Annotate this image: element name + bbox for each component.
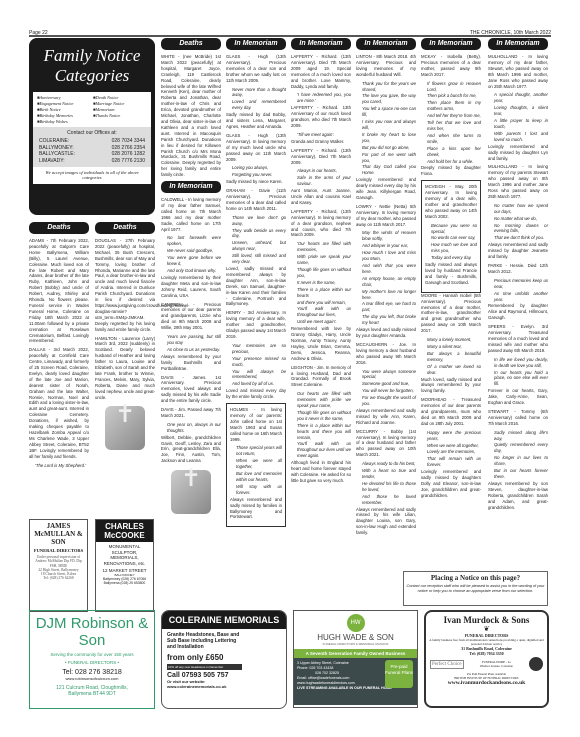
notice-text: Always remembered by your family Bushmil… xyxy=(161,354,221,372)
verse: Tell her that we love and miss her, xyxy=(421,120,481,132)
verse: For part of me went with you, xyxy=(356,152,416,164)
ad-subtitle: FUNERAL DIRECTORS xyxy=(32,548,85,553)
verse: And when she turns to smile, xyxy=(421,133,481,145)
notice-text: Always remembered and sadly missed by hi… xyxy=(356,507,416,537)
verse: Those special years will not return, xyxy=(230,445,282,457)
notice-text: Remembered by daughter Alice and Raymond… xyxy=(488,303,548,321)
verse: As time unfolds another year. xyxy=(488,291,548,303)
verse: When we were all together, xyxy=(230,458,282,470)
verse: Still loved, still missed and very dear. xyxy=(226,253,286,265)
wade-logo: HW xyxy=(347,614,365,632)
ad-text: Granite Headstones, Base and Sub Base in… xyxy=(162,629,247,653)
verse: You'll walk with us throughout our lives… xyxy=(291,441,351,459)
category-item: Anniversary xyxy=(37,95,91,100)
placing-notice-box: Placing a Notice on this page? Contact o… xyxy=(403,571,548,606)
memoriam-heading: In Memoriam xyxy=(161,181,221,193)
verse: My mother's love no longer here. xyxy=(356,289,416,301)
notice-text: Lovingly remembered by their daughter Me… xyxy=(161,275,221,299)
notice-mccaughern: MCCAUGHERN - Joe. In loving memory a dea… xyxy=(356,342,416,366)
verse: You were always someone special, xyxy=(356,369,416,381)
verse: He devoted his life to those he loved, xyxy=(356,481,416,493)
verse: Today and every day. xyxy=(425,255,477,261)
verse: That we don't think of you. xyxy=(488,235,548,241)
verse: Then pick a bunch for me, xyxy=(421,93,481,99)
notice-dallas: DALLAS - 3rd March 2022, peacefully at C… xyxy=(29,347,89,459)
verse: Will stay with us forever. xyxy=(230,484,282,496)
verse: 'Our hearts are filled with memories, xyxy=(291,241,351,253)
office-contacts: Contact our Offices at: COLERAINE:028 70… xyxy=(33,127,151,167)
verse: Though life goes on without you, xyxy=(291,267,351,279)
verse: 'The Lord is My Shepherd.' xyxy=(29,463,89,469)
verse: With pride we speak your name, xyxy=(291,254,351,266)
ad-phone: Ballymena (028) 25 653800 xyxy=(96,581,153,585)
column-5: In Memoriam LAFFERTY - Richard. (13th An… xyxy=(291,38,351,487)
verse: How much we love and miss you, xyxy=(425,242,477,254)
verse: Our hearts are filled with memories with… xyxy=(291,391,351,409)
notice-mccurry: MCCURRY - Bobby (1st Anniversary). In lo… xyxy=(356,429,416,459)
verse: And only God knows why. xyxy=(161,268,221,274)
notice-mulholland: MULHOLLAND - In loving memory of my dear… xyxy=(488,54,548,89)
category-item: Birthday Memories xyxy=(37,113,91,118)
ad-banner: A Seventh Generation Family Owned Busine… xyxy=(294,649,417,658)
verse: But always a beautiful memory, xyxy=(421,351,481,363)
notice-white: WHITE - (nee McBride) 1st March 2022 (pe… xyxy=(161,54,221,178)
verse: Sadly missed along life's way, xyxy=(488,430,548,442)
notice-mckay: MCKAY - Isobella (Betty). Precious memor… xyxy=(421,54,481,78)
perfect-choice-logo: Perfect Choice xyxy=(430,660,464,669)
notice-text: Remembered with love by Granny Gladys, H… xyxy=(291,326,351,361)
ad-price: from only £650 xyxy=(162,653,286,662)
ad-funeral-home: FUNERAL HOME - 2a Windsor Avenue, Colera… xyxy=(479,660,514,668)
verse: Precious memories keep us near, xyxy=(488,278,548,290)
flourish-icon: ❦ xyxy=(426,625,547,633)
category-item: Birth Notice xyxy=(37,107,91,112)
verse: It never is the same, xyxy=(291,280,351,286)
ad-title: HUGH WADE & SON xyxy=(294,633,417,642)
ad-coleraine-memorials: COLERAINE MEMORIALS Granite Headstones, … xyxy=(161,610,287,709)
notice-text: Lovingly remembered and sadly missed by … xyxy=(488,144,548,162)
verse: And whisper in your ear, xyxy=(356,243,416,249)
verse: No morning dawns or evening falls, xyxy=(488,223,548,235)
notice-text: Aunt Marion, Aunt Joanne, Uncle Allan an… xyxy=(291,188,351,206)
category-item: Birthday Wishes xyxy=(37,119,91,124)
notice-text: Always loved and sadly missed by your da… xyxy=(356,327,416,339)
bible-icon xyxy=(105,406,145,450)
verse: And wish that you were here. xyxy=(356,263,416,275)
notice-moore: MOORE - Hannah Isobel (5th Anniversary).… xyxy=(421,293,481,334)
deaths-heading: Deaths xyxy=(95,222,155,234)
ad-title: Ivan Murdock & Sons xyxy=(426,615,547,625)
verse: Place a kiss upon her cheek, xyxy=(421,146,481,158)
verse: May the winds of Heaven blow softly, xyxy=(356,230,416,242)
notice-text: Wilbert, Debbie, grandchildren Gavin, Ge… xyxy=(161,435,221,465)
deaths-heading: Deaths xyxy=(29,222,89,234)
crest-icon xyxy=(529,657,543,671)
column-4: In Memoriam GLASS - Hugh (13th Anniversa… xyxy=(226,38,286,527)
ad-title: DJM Robinson & Son xyxy=(34,615,150,649)
header-rule xyxy=(29,35,551,37)
memoriam-heading: In Memoriam xyxy=(421,38,481,50)
ad-phone: Tel: (028) 276 62268 xyxy=(32,576,85,580)
ad-title: COLERAINE MEMORIALS xyxy=(162,611,286,629)
office-row: LIMAVADY:028 7776 2130 xyxy=(39,158,145,165)
verse: Years are passing, but still you stay xyxy=(161,334,221,346)
verse: Until we meet again'. xyxy=(291,319,351,325)
verse: and there you will remain, xyxy=(291,300,351,306)
notice-graham: GRAHAM - Davie (11th Anniversary). Preci… xyxy=(226,188,286,212)
ad-website-link[interactable]: www.colerainememorials.co.uk xyxy=(162,684,286,689)
verse: Forgetting you never. xyxy=(226,172,286,178)
verse: They walk beside us every day, xyxy=(226,228,286,240)
category-item: Engagement Notice xyxy=(37,101,91,106)
verse: With parents I lost and loved so much. xyxy=(488,131,548,143)
verse: No words can ever say, xyxy=(425,235,477,241)
verse: And tell her they're from me, xyxy=(421,113,481,119)
notice-lafferty: LAFFERTY - Richard. (13th Anniversary). … xyxy=(291,54,351,89)
notice-text: Lovingly remembered and dearly missed ev… xyxy=(356,177,416,201)
notice-text: Sadly missed and always loved by husband… xyxy=(425,262,477,286)
verse: There is a place within our hearts and t… xyxy=(291,423,351,441)
verse: That will remain with us forever. xyxy=(421,456,481,468)
verse: Loving thoughts, a silent tear, xyxy=(488,105,548,117)
verse: No last farewells were spoken, xyxy=(161,235,221,247)
verse: You will always be remembered, xyxy=(226,369,286,381)
verse: Safe in the arms of your saviour. xyxy=(291,175,351,187)
verse: And those he loved remember. xyxy=(356,494,416,506)
notice-adams: ADAMS - 7th February 2022, peacefully at… xyxy=(29,238,89,344)
notice-mcveigh: MCVEIGH - May. 20th Anniversary. In lovi… xyxy=(425,184,477,219)
notice-text: Granda and Granny Walker. xyxy=(291,139,351,145)
notice-linton: LINTON - 8th March 2018. 4th Anniversary… xyxy=(356,54,416,78)
verse: The love you gave, the way you cared, xyxy=(356,93,416,105)
column-6: In Memoriam LINTON - 8th March 2018. 4th… xyxy=(356,38,416,539)
notice-lowry: LOWRY - Nettie (Netta) 5th Anniversary. … xyxy=(356,204,416,228)
ad-website-link[interactable]: www.ivanmurdockandsons.co.uk xyxy=(426,680,547,686)
verse: Those we love don't go away, xyxy=(226,215,286,227)
notice-holmes: HOLMES - In loving memory of our parents… xyxy=(230,407,282,442)
notice-text: Always remembered and sadly missed by fa… xyxy=(230,497,282,521)
verse: An empty house, an empty chair, xyxy=(356,276,416,288)
notice-text: Sadly missed by niece Karen. xyxy=(226,179,286,185)
verse: The day you left, that broke my heart xyxy=(356,314,416,326)
verse: No longer in our lives to share, xyxy=(488,455,548,467)
verse: Loving you always, xyxy=(226,165,286,171)
contact-title: Contact our Offices at: xyxy=(39,130,145,136)
verse: In life we loved you dearly, in death we… xyxy=(488,357,548,369)
notice-mcveigh-box: MCVEIGH - May. 20th Anniversary. In lovi… xyxy=(421,180,481,293)
verse: Then place them in my mothers arms, xyxy=(421,100,481,112)
verse: That day God called you Home. xyxy=(356,164,416,176)
notice-davis: DAVIS - James. 1st Anniversary. Precious… xyxy=(161,375,221,405)
placing-text: Contact our reception staff who will be … xyxy=(406,584,545,594)
column-3: Deaths WHITE - (nee McBride) 1st March 2… xyxy=(161,38,221,520)
verse: A tear filled eye, we hard to part, xyxy=(356,301,416,313)
notice-caldwell: CALDWELL - In loving memory of my dear f… xyxy=(161,197,221,232)
ad-text: MONUMENTAL SCULPTOR, MEMORIALS, RENOVATI… xyxy=(96,542,153,568)
column-8: In Memoriam MULHOLLAND - In loving memor… xyxy=(488,38,548,513)
ad-text: Under personal supervision of Andrew McM… xyxy=(32,555,85,568)
ad-phone: Tel: 028 276 38218 xyxy=(34,669,150,676)
verse: Your presence missed so much, xyxy=(226,356,286,368)
verse: We never said goodbye, xyxy=(161,248,221,254)
verse: Loved and remembered every day. xyxy=(226,99,286,111)
verse: There is a place within our hearts xyxy=(291,287,351,299)
placing-title: Placing a Notice on this page? xyxy=(406,574,545,582)
verse: But you did not go alone, xyxy=(356,145,416,151)
verse: But love and memories within our hearts, xyxy=(230,471,282,483)
verse: Though life goes on without you it never… xyxy=(291,410,351,422)
notice-stewart: STEWART - Tommy (6th Anniversary) called… xyxy=(488,409,548,427)
ad-mcmullan: JAMES McMULLAN & SON FUNERAL DIRECTORS U… xyxy=(29,519,88,612)
notice-text: Although lived in England his heart and … xyxy=(291,460,351,484)
verse: No matter what we do, xyxy=(488,216,548,222)
column-7: In Memoriam MCKAY - Isobella (Betty). Pr… xyxy=(421,38,481,502)
ad-text: A family business free from all multinat… xyxy=(426,638,547,646)
verse: Many a lonely moment, xyxy=(421,337,481,343)
verse: Because you were so special, xyxy=(425,223,477,235)
verse: Unseen, unheard, but always near, xyxy=(226,240,286,252)
verse: No matter how we spend our days, xyxy=(488,203,548,215)
verse: Quietly remembered every day, xyxy=(488,442,548,454)
memoriam-heading: In Memoriam xyxy=(226,38,286,50)
ad-ivan-murdock: Ivan Murdock & Sons ❦ FUNERAL DIRECTORS … xyxy=(424,610,549,708)
notice-lafferty-4: LAFFERTY - Richard, (13th Anniversary). … xyxy=(291,209,351,239)
verse: And loved by all of us. xyxy=(226,381,286,387)
verse: You'll walk with us throughout our lives… xyxy=(291,306,351,318)
notice-speers: SPEERS - Evelyn. 3rd Anniversary. Treasu… xyxy=(488,324,548,354)
notice-text: Sadly missed by dad Bobby, and sisters L… xyxy=(226,112,286,130)
category-item: Death Notice xyxy=(93,95,147,100)
ad-subtitle: FUNERAL DIRECTORS & MEMORIAL MASONS xyxy=(294,642,417,646)
verse: As close to us as yesterday. xyxy=(161,347,221,353)
ad-mccooke: CHARLES McCOOKE MONUMENTAL SCULPTOR, MEM… xyxy=(95,519,154,612)
notice-mulholland-2: MULHOLLAND - In loving memory of my pare… xyxy=(488,164,548,199)
notice-henry: HENRY - 3rd Anniversary. In loving memor… xyxy=(226,310,286,340)
deaths-column-2: Deaths DOUGLAS - 27th February 2022 (pea… xyxy=(95,222,155,456)
verse: Happy were the precious years, xyxy=(421,430,481,442)
ad-service: • FUNERAL DIRECTORS • xyxy=(34,660,150,665)
verse: Many a silent tear, xyxy=(421,344,481,350)
ad-tagline: Serving the community for over 150 years xyxy=(34,652,150,657)
category-list: Anniversary Death Notice Engagement Noti… xyxy=(33,92,151,127)
notice-lafferty-2: LAFFERTY - Richard. 13th Anniversary of … xyxy=(291,105,351,129)
notice-text: Forever in our hearts, Gary, Jake, Carly… xyxy=(488,388,548,406)
ad-title: CHARLES McCOOKE xyxy=(96,520,153,542)
deaths-column-1: Deaths ADAMS - 7th February 2022, peacef… xyxy=(29,222,89,469)
memoriam-heading: In Memoriam xyxy=(291,38,351,50)
category-item: Memoriam xyxy=(93,107,147,112)
verse: Always ready to do his best, xyxy=(356,461,416,467)
verse: Lovely are the memories, xyxy=(421,449,481,455)
ad-prepaid-badge: Pre-paid Funeral Plans xyxy=(385,660,413,688)
notice-text: Always remembered and sadly missed by wi… xyxy=(356,408,416,426)
verse: When we were all together, xyxy=(421,443,481,449)
categories-title: Family NoticeCategories xyxy=(33,46,151,86)
verse: In our hearts you hold a place, no one e… xyxy=(488,370,548,388)
notice-hamilton: HAMILTON - Laurence (Larry) March 3rd, 2… xyxy=(95,336,155,401)
verse: You were gone before we knew it, xyxy=(161,255,221,267)
ad-title: JAMES McMULLAN & SON xyxy=(32,522,85,546)
verse: You left a space no-one can fill, xyxy=(356,106,416,118)
notice-leighton: LEIGHTON - Jim. In memory of a loving Hu… xyxy=(291,365,351,389)
verse: 'Till we meet again'. xyxy=(291,132,351,138)
verse: A little prayer to keep in touch, xyxy=(488,118,548,130)
verse: Never more than a thought away, xyxy=(226,87,286,99)
notice-text: Always remembered by son Steven, daughte… xyxy=(488,481,548,511)
verse: But in our hearts forever there. xyxy=(488,468,548,480)
bible-icon xyxy=(171,470,211,514)
ad-phone: Call 07593 505 757 xyxy=(162,672,286,679)
memoriam-heading: In Memoriam xyxy=(356,38,416,50)
verse: For we thought the world of you. xyxy=(356,395,416,407)
verse: If flowers grow in Heaven Lord, xyxy=(421,81,481,93)
images-note: We accept images of individuals in all o… xyxy=(33,167,151,184)
notice-lafferty-3: LAFFERTY - Richard. (13th Anniversary). … xyxy=(291,148,351,166)
notice-text: Much loved, sadly missed and always reme… xyxy=(421,377,481,395)
ad-tag: 10% off any new Headstone in December xyxy=(167,664,242,670)
verse: I miss you now and always will, xyxy=(356,119,416,131)
category-item: Marriage Notice xyxy=(93,101,147,106)
category-item: Thanks Notice xyxy=(93,113,147,118)
verse: Always in our hearts, xyxy=(291,168,351,174)
ad-address: Ballymena BT44 9DT xyxy=(34,691,150,697)
verse: One year on, always in our thoughts. xyxy=(161,422,221,434)
notice-holmes-box: HOLMES - In loving memory of our parents… xyxy=(226,403,286,527)
verse: A special thought, another year, xyxy=(488,92,548,104)
verse: 'I have redeemed you, you are mine.' xyxy=(291,92,351,104)
verse: It broke my heart to lose you, xyxy=(356,132,416,144)
notice-text: Deeply missed by daughter Fiona. xyxy=(421,165,481,177)
verse: Someone good and true, xyxy=(356,381,416,387)
notice-moorhead: MOORHEAD - Treasured memories of our dea… xyxy=(421,397,481,427)
verse: With a heart so true and tender, xyxy=(356,468,416,480)
notice-glass-2: GLASS - Hugh (13th Anniversary). In lovi… xyxy=(226,133,286,163)
verse: You will never be forgotten, xyxy=(356,388,416,394)
notice-glass: GLASS - Hugh (13th Anniversary). Preciou… xyxy=(226,54,286,84)
ad-website-link[interactable]: www.robinsonsofculcrum.com xyxy=(34,676,150,681)
verse: Of a mother we loved so dear. xyxy=(421,364,481,376)
notice-text: Lovingly remembered and sadly missed by … xyxy=(421,469,481,499)
notice-parke: PARKE - Hessie. Died 12th March 2012. xyxy=(488,263,548,275)
notice-douglas: DOUGLAS - 27th February 2022 (peacefully… xyxy=(95,238,155,333)
verse: Your memories are so precious, xyxy=(226,343,286,355)
ad-hugh-wade: HW HUGH WADE & SON FUNERAL DIRECTORS & M… xyxy=(293,610,418,708)
verse: And hold her for a while. xyxy=(421,159,481,165)
notice-text: Always remembered and sadly missed by da… xyxy=(488,242,548,260)
memoriam-heading: In Memoriam xyxy=(488,38,548,50)
notice-davis-2: DAVIS - Jim. Passed away 7th March 2021. xyxy=(161,407,221,419)
notice-text: Loved and missed every day by the entire… xyxy=(226,388,286,400)
deaths-heading: Deaths xyxy=(161,38,221,50)
notice-text: Loved, sadly missed and remembered alway… xyxy=(226,266,286,307)
verse: Thank you for the years we shared, xyxy=(356,81,416,93)
ad-robinson: DJM Robinson & Son Serving the community… xyxy=(29,610,155,709)
notice-campbell: CAMPBELL - Precious memories of our dear… xyxy=(161,302,221,332)
family-notice-categories: Family NoticeCategories Anniversary Deat… xyxy=(29,38,155,215)
verse: How much I love and miss you Mum, xyxy=(356,250,416,262)
